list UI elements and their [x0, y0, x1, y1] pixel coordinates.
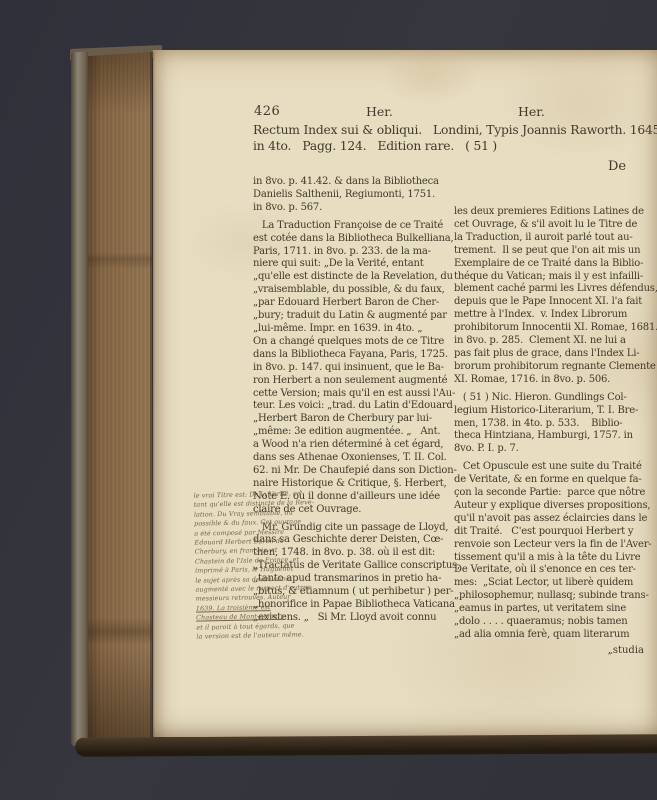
entry-title-block: Rectum Index sui & obliqui. Londini, Typ…: [253, 122, 645, 154]
text-line: de Veritate, & en forme en quelque fa-: [454, 474, 652, 487]
running-head-right: Her.: [518, 104, 545, 119]
text-line: pas fait plus de grace, dans l'Index Li-: [454, 348, 652, 361]
margin-line: la version est de l'auteur même.: [196, 629, 354, 642]
text-line: a Wood n'a rien déterminé à cet égard,: [253, 439, 453, 452]
text-line: legium Historico-Literarium, T. I. Bre-: [454, 405, 652, 418]
text-line: mettre à l'Index. v. Index Librorum: [454, 309, 652, 322]
text-line: dans ses Athenae Oxonienses, T. II. Col.: [253, 452, 453, 465]
text-line: La Traduction Françoise de ce Traité: [253, 220, 453, 233]
catchword-bottom: „studia: [454, 645, 652, 658]
text-line: 8vo. P. I. p. 7.: [454, 443, 652, 456]
text-line: XI. Romae, 1716. in 8vo. p. 506.: [454, 374, 652, 387]
text-line: in 8vo. p. 41.42. & dans la Bibliotheca: [253, 176, 453, 189]
text-line: brorum prohibitorum regnante Clemente: [454, 361, 652, 374]
text-line: est cotée dans la Bibliotheca Bulkellian…: [253, 233, 453, 246]
text-line: men, 1738. in 4to. p. 533. Biblio-: [454, 418, 652, 431]
text-line: trement. Il se peut que l'on ait mis un: [454, 245, 652, 258]
text-line: tissement qu'il a mis à la tête du Livre: [454, 552, 652, 565]
text-line: Paris, 1711. in 8vo. p. 233. de la ma-: [253, 246, 453, 259]
text-line: çon la seconde Partie: parce que nôtre: [454, 487, 652, 500]
text-line: mes: „Sciat Lector, ut liberè quidem: [454, 577, 652, 590]
text-line: De Veritate, où il s'enonce en ces ter-: [454, 564, 652, 577]
text-line: renvoie son Lecteur vers la fin de l'Ave…: [454, 539, 652, 552]
text-line: theca Hintziana, Hamburgi, 1757. in: [454, 430, 652, 443]
text-line: ron Herbert a non seulement augmenté: [253, 375, 453, 388]
text-line: „lui-même. Impr. en 1639. in 4to. „: [253, 323, 453, 336]
text-line: depuis que le Pape Innocent XI. l'a fait: [454, 296, 652, 309]
text-line: ( 51 ) Nic. Hieron. Gundlings Col-: [454, 392, 652, 405]
running-head-left: Her.: [366, 104, 393, 119]
page-number: 426: [254, 104, 280, 119]
text-line: „vraisemblable, du possible, & du faux,: [253, 284, 453, 297]
book-fore-edge-pages: [88, 52, 152, 742]
text-line: qu'il n'avoit pas assez éclaircies dans …: [454, 513, 652, 526]
text-line: in 8vo. p. 567.: [253, 202, 453, 215]
book-cover-edge: [71, 52, 88, 746]
text-line: Cet Opuscule est une suite du Traité: [454, 461, 652, 474]
text-line: „qu'elle est distincte de la Revelation,…: [253, 271, 453, 284]
book-bottom-cover-edge: [75, 734, 657, 757]
right-column-catchword-row: „studia: [454, 607, 652, 696]
text-line: la Traduction, il auroit parlé tout au-: [454, 232, 652, 245]
printed-area: 426 Her. Her. Rectum Index sui & obliqui…: [153, 50, 657, 737]
text-line: in 8vo. p. 285. Clement XI. ne lui a: [454, 335, 652, 348]
text-line: Exemplaire de ce Traité dans la Biblio-: [454, 258, 652, 271]
right-column: les deux premieres Editions Latines dece…: [454, 168, 652, 642]
entry-title-line: Rectum Index sui & obliqui. Londini, Typ…: [253, 122, 645, 138]
text-line: prohibitorum Innocentii XI. Romae, 1681.: [454, 322, 652, 335]
text-line: les deux premieres Editions Latines de: [454, 206, 652, 219]
text-line: in 8vo. p. 147. qui insinuent, que le Ba…: [253, 362, 453, 375]
text-line: teur. Les voici: „trad. du Latin d'Edoua…: [253, 400, 453, 413]
text-line: 62. ni Mr. De Chaufepié dans son Diction…: [253, 465, 453, 478]
page-gutter-shadow: [150, 52, 155, 738]
text-line: „bury; traduit du Latin & augmenté par: [253, 310, 453, 323]
text-line: On a changé quelques mots de ce Titre: [253, 336, 453, 349]
text-line: Danielis Salthenii, Regiumonti, 1751.: [253, 189, 453, 202]
handwritten-margin-note: le vrai Titre est: De la Verité, entant …: [193, 488, 354, 642]
text-line: cette Version; mais qu'il en est aussi l…: [253, 388, 453, 401]
text-line: „même: 3e edition augmentée. „ Ant.: [253, 426, 453, 439]
scanner-background: 426 Her. Her. Rectum Index sui & obliqui…: [0, 0, 657, 800]
text-line: dit Traité. C'est pourquoi Herbert y: [454, 526, 652, 539]
text-line: dans la Bibliotheca Fayana, Paris, 1725.: [253, 349, 453, 362]
book-page: 426 Her. Her. Rectum Index sui & obliqui…: [153, 50, 657, 737]
text-line: „par Edouard Herbert Baron de Cher-: [253, 297, 453, 310]
text-line: Auteur y explique diverses propositions,: [454, 500, 652, 513]
text-line: blement caché parmi les Livres défendus,: [454, 283, 652, 296]
entry-title-line: in 4to. Pagg. 124. Edition rare. ( 51 ): [253, 138, 645, 154]
text-line: niere qui suit: „De la Verité, entant: [253, 258, 453, 271]
running-head: 426 Her. Her.: [153, 104, 657, 120]
text-line: „Herbert Baron de Cherbury par lui-: [253, 413, 453, 426]
text-line: cet Ouvrage, & s'il avoit lu le Titre de: [454, 219, 652, 232]
text-line: théque du Vatican; mais il y est infaill…: [454, 271, 652, 284]
text-line: „philosophemur, nullasq; subinde trans-: [454, 590, 652, 603]
